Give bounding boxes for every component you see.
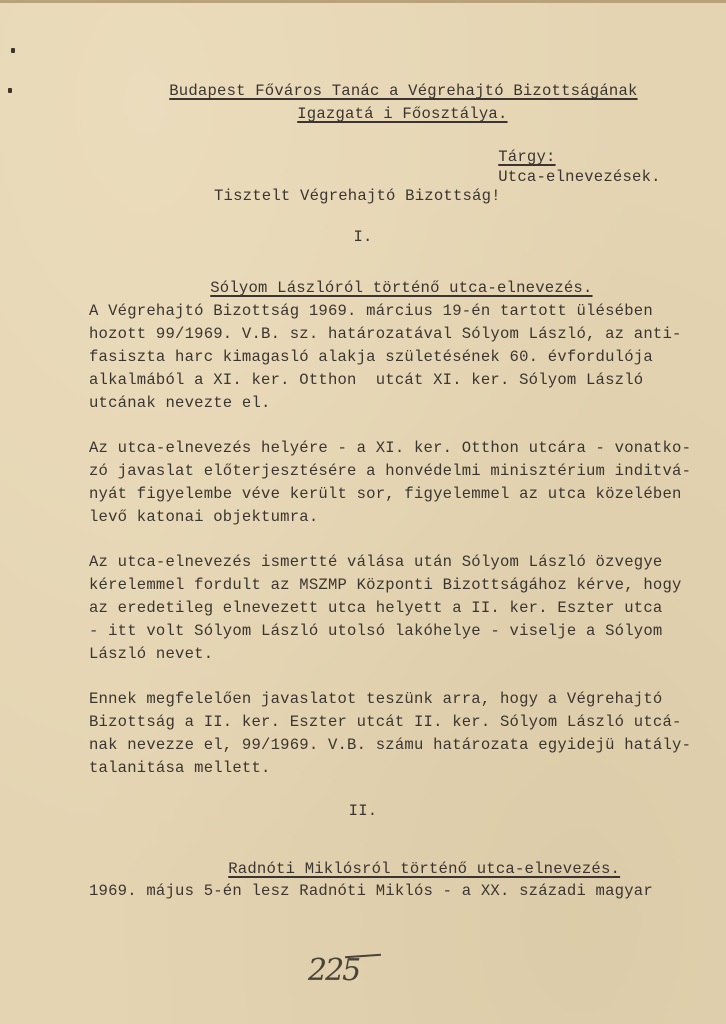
paragraph-line: fasiszta harc kimagasló alakja születésé…	[89, 347, 653, 367]
paragraph-line: nak nevezze el, 99/1969. V.B. számu hatá…	[89, 735, 691, 755]
section-2-numeral: II.	[0, 801, 726, 821]
paragraph-line: László nevet.	[89, 644, 213, 664]
section-1-numeral: I.	[0, 227, 726, 247]
paragraph-line: az eredetileg elnevezett utca helyett a …	[89, 598, 662, 618]
punch-hole-mark	[8, 88, 12, 93]
paper-top-edge	[0, 0, 726, 3]
paragraph-line: 1969. május 5-én lesz Radnóti Miklós - a…	[89, 881, 653, 901]
subject-label: Tárgy:	[498, 148, 555, 166]
handwritten-page-number: 225	[308, 953, 359, 988]
paragraph-line: levő katonai objektumra.	[89, 507, 318, 527]
paragraph-line: zó javaslat előterjesztésére a honvédelm…	[89, 461, 691, 481]
punch-hole-mark	[11, 48, 15, 53]
paragraph-line: Bizottság a II. ker. Eszter utcát II. ke…	[89, 712, 682, 732]
subject-value: Utca-elnevezések.	[498, 168, 660, 186]
paragraph-line: Az utca-elnevezés helyére - a XI. ker. O…	[89, 438, 691, 458]
salutation: Tisztelt Végrehajtó Bizottság!	[214, 186, 501, 206]
paragraph-line: kérelemmel fordult az MSZMP Központi Biz…	[89, 575, 682, 595]
document-page: Budapest Főváros Tanác a Végrehajtó Bizo…	[0, 0, 726, 1024]
paragraph-line: Az utca-elnevezés ismertté válása után S…	[89, 552, 662, 572]
paragraph-line: alkalmából a XI. ker. Otthon utcát XI. k…	[89, 370, 643, 390]
paragraph-line: nyát figyelembe véve került sor, figyele…	[89, 484, 682, 504]
paragraph-line: talanitása mellett.	[89, 758, 271, 778]
paragraph-line: - itt volt Sólyom László utolsó lakóhely…	[89, 621, 662, 641]
paragraph-line: utcának nevezte el.	[89, 393, 271, 413]
paragraph-line: hozott 99/1969. V.B. sz. határozatával S…	[89, 324, 682, 344]
paragraph-line: Ennek megfelelően javaslatot teszünk arr…	[89, 689, 662, 709]
paragraph-line: A Végrehajtó Bizottság 1969. március 19-…	[89, 301, 653, 321]
